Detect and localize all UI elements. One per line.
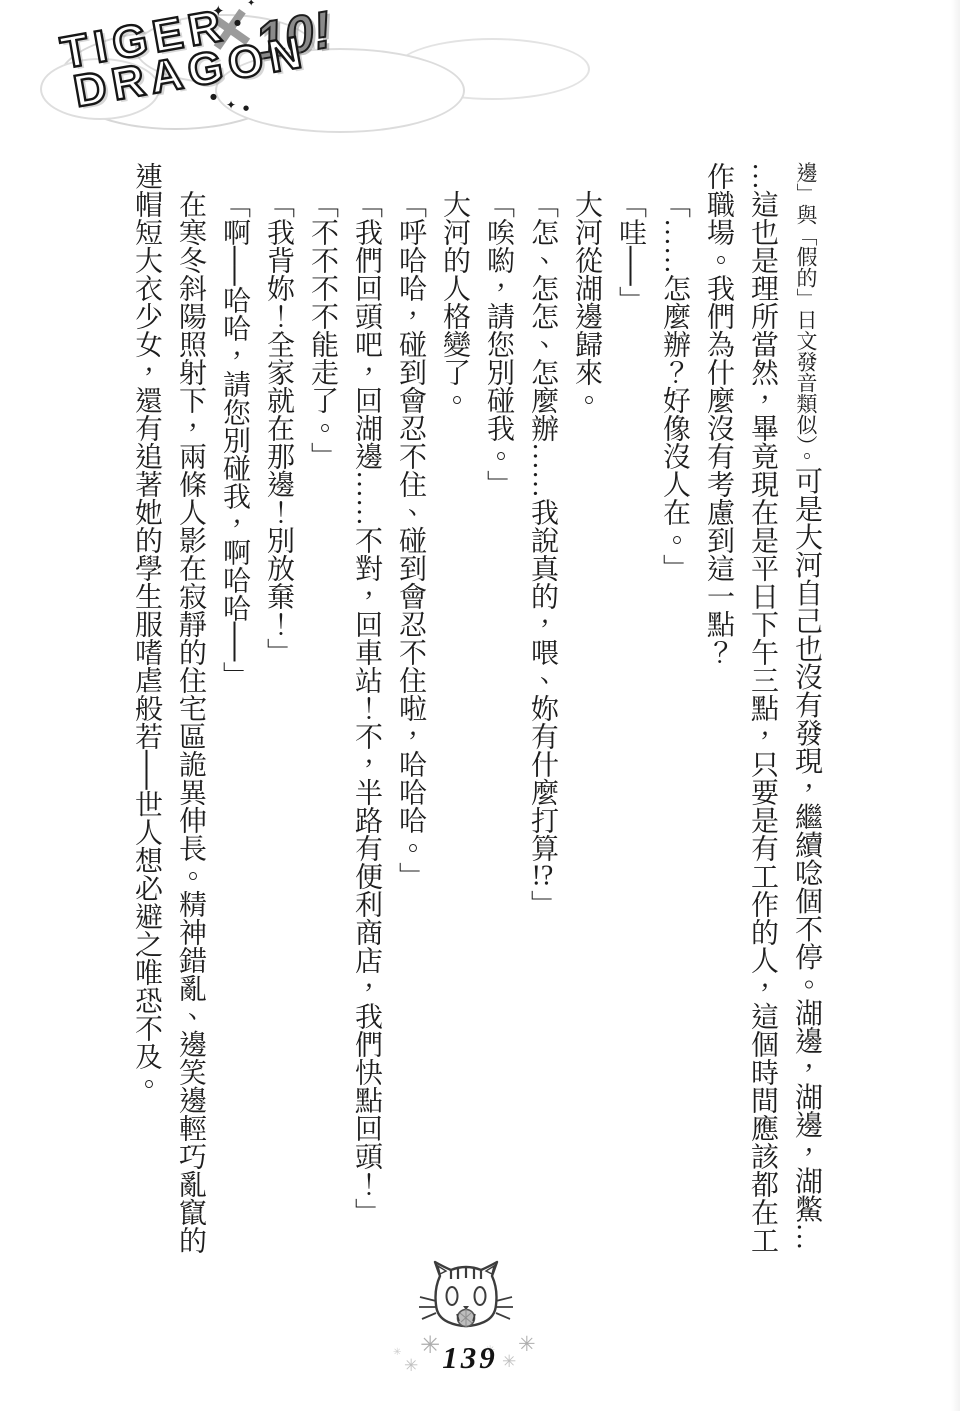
dialogue-line: 「呼哈哈，碰到會忍不住、碰到會忍不住啦，哈哈哈。」	[388, 162, 432, 1258]
cat-left-eye	[447, 1287, 458, 1305]
sparkle-icon: ✳	[404, 1356, 418, 1376]
paragraph-continued: 邊」與「假的」日文發音類似）。可是大河自己也沒有發現，繼續唸個不停。湖邊，湖邊，…	[696, 162, 828, 1258]
plus-sparkle-icon: ✦	[226, 98, 236, 112]
dialogue-line: 「不不不不能走了。」	[300, 162, 344, 1258]
novel-text-block: 邊」與「假的」日文發音類似）。可是大河自己也沒有發現，繼續唸個不停。湖邊，湖邊，…	[124, 162, 828, 1258]
sparkle-icon: ✳	[518, 1332, 536, 1356]
dialogue-line: 「唉喲，請您別碰我。」	[476, 162, 520, 1258]
dot-sparkle-icon: ●	[210, 92, 217, 101]
dialogue-line: 「怎、怎怎、怎麼辦……我說真的，喂、妳有什麼打算!?」	[520, 162, 564, 1258]
scan-edge-shadow	[951, 0, 960, 1411]
page-number: 139	[428, 1340, 512, 1376]
narration-line: 在寒冬斜陽照射下，兩條人影在寂靜的住宅區詭異伸長。精神錯亂、邊笑邊輕巧亂竄的連帽…	[124, 162, 212, 1258]
plus-sparkle-icon: ✦	[247, 0, 255, 9]
narration-line: 大河的人格變了。	[432, 162, 476, 1258]
book-page: ✦ ● ✦ ● ✦ ● × 10! TIGER DRAGON 邊」與「假的」日文…	[0, 0, 960, 1411]
dialogue-line: 「哇──」	[608, 162, 652, 1258]
dialogue-line: 「我們回頭吧，回湖邊……不對，回車站！不，半路有便利商店，我們快點回頭！」	[344, 162, 388, 1258]
cat-right-eye	[475, 1287, 486, 1305]
dialogue-line: 「我背妳！全家就在那邊！別放棄！」	[256, 162, 300, 1258]
dialogue-line: 「啊──哈哈，請您別碰我，啊哈哈──」	[212, 162, 256, 1258]
dialogue-line: 「……怎麼辦？好像沒人在。」	[652, 162, 696, 1258]
tiger-face-illustration-icon	[418, 1258, 514, 1342]
narration-line: 大河從湖邊歸來。	[564, 162, 608, 1258]
sparkle-icon: ✳	[393, 1347, 401, 1358]
series-logo: ✦ ● ✦ ● ✦ ● × 10! TIGER DRAGON	[40, 0, 600, 160]
dot-sparkle-icon: ●	[234, 18, 241, 27]
dot-sparkle-icon: ●	[243, 104, 249, 112]
plus-sparkle-icon: ✦	[212, 2, 225, 20]
translator-note: 邊」與「假的」日文發音類似）。	[794, 162, 818, 467]
